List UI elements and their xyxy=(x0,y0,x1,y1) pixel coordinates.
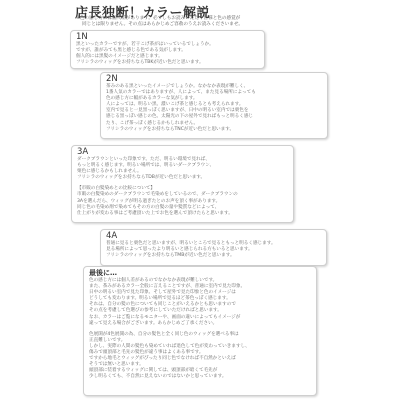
section-heading: 3A xyxy=(77,148,288,157)
disclaimer-line: ※色の感じ方には個人差があります。必ずしもお読みいただく皆様と色の感覚が xyxy=(76,16,240,21)
disclaimer-note: ※色の感じ方には個人差があります。必ずしもお読みいただく皆様と色の感覚が 同じと… xyxy=(76,16,316,28)
section-text: フリシラのウィッグをお持ちならTMBが近い色だと思います。 xyxy=(106,253,321,259)
color-section-4a: 4A 普通に見ると栗色だと思いますが、明るいところで見るともっと明るく感じます。… xyxy=(100,229,327,266)
section-text: フリシラのウィッグをお持ちならTNCが近い色だと思います。 xyxy=(106,127,322,133)
section-text: フリシラのウィッグをお持ちならTBKが近い色だと思います。 xyxy=(76,60,259,66)
section-heading: 4A xyxy=(106,232,321,241)
section-text: 仕上がりが変わる事はご考慮頂いた上でお色を選んで頂けたらと思います。 xyxy=(77,211,288,217)
disclaimer-line: 同じとは限りません。その点はあらかじめご容赦のうえお読みくださいませ。 xyxy=(76,22,316,28)
section-heading: 最後に… xyxy=(89,269,311,278)
section-text: 少し明るくても、不自然に見えないのではないかと思っています。 xyxy=(89,374,311,380)
section-heading: 1N xyxy=(76,33,259,42)
color-section-2n: 2N 茶みのある黒といったイメージでしょうか。なかなか表現が難しく、 1番人気の… xyxy=(100,72,328,139)
color-section-1n: 1N 黒といったカラーですが、若干こげ茶がはいっているでしょうか。 ですが、誰が… xyxy=(70,30,265,69)
closing-section: 最後に… 色の感じ方には個人差があるのでなかなか表現が難しいです。 また、茶みが… xyxy=(83,266,317,396)
color-section-3a: 3A ダークブラウンといった印象です。ただ、明るい環境で見れば、 もっと明るく感… xyxy=(71,145,294,223)
section-heading: 2N xyxy=(106,75,322,84)
